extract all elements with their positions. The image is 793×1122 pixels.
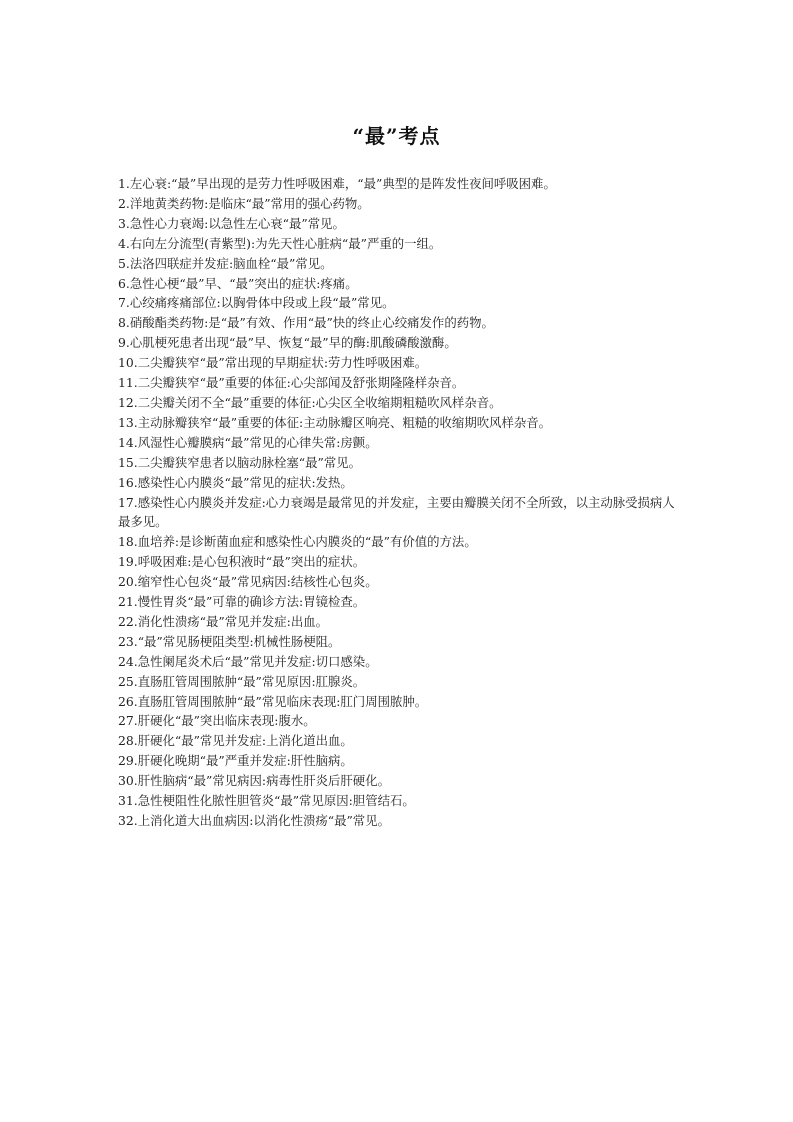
list-item: 27.肝硬化“最”突出临床表现:腹水。 xyxy=(118,711,678,731)
list-item: 20.缩窄性心包炎“最”常见病因:结核性心包炎。 xyxy=(118,572,678,592)
document-body: 1.左心衰:“最”早出现的是劳力性呼吸困难，“最”典型的是阵发性夜间呼吸困难。 … xyxy=(118,174,678,831)
list-item: 21.慢性胃炎“最”可靠的确诊方法:胃镜检查。 xyxy=(118,592,678,612)
list-item: 4.右向左分流型(青紫型):为先天性心脏病“最”严重的一组。 xyxy=(118,234,678,254)
list-item: 29.肝硬化晚期“最”严重并发症:肝性脑病。 xyxy=(118,751,678,771)
list-item: 30.肝性脑病“最”常见病因:病毒性肝炎后肝硬化。 xyxy=(118,771,678,791)
list-item: 19.呼吸困难:是心包积液时“最”突出的症状。 xyxy=(118,552,678,572)
list-item: 7.心绞痛疼痛部位:以胸骨体中段或上段“最”常见。 xyxy=(118,293,678,313)
list-item: 23.“最”常见肠梗阻类型:机械性肠梗阻。 xyxy=(118,632,678,652)
list-item: 32.上消化道大出血病因:以消化性溃疡“最”常见。 xyxy=(118,811,678,831)
list-item: 28.肝硬化“最”常见并发症:上消化道出血。 xyxy=(118,731,678,751)
list-item: 22.消化性溃疡“最”常见并发症:出血。 xyxy=(118,612,678,632)
list-item: 15.二尖瓣狭窄患者以脑动脉栓塞“最”常见。 xyxy=(118,453,678,473)
list-item: 26.直肠肛管周围脓肿“最”常见临床表现:肛门周围脓肿。 xyxy=(118,692,678,712)
list-item: 2.洋地黄类药物:是临床“最”常用的强心药物。 xyxy=(118,194,678,214)
list-item: 25.直肠肛管周围脓肿“最”常见原因:肛腺炎。 xyxy=(118,672,678,692)
list-item: 11.二尖瓣狭窄“最”重要的体征:心尖部闻及舒张期隆隆样杂音。 xyxy=(118,373,678,393)
list-item: 16.感染性心内膜炎“最”常见的症状:发热。 xyxy=(118,473,678,493)
list-item: 1.左心衰:“最”早出现的是劳力性呼吸困难，“最”典型的是阵发性夜间呼吸困难。 xyxy=(118,174,678,194)
list-item: 10.二尖瓣狭窄“最”常出现的早期症状:劳力性呼吸困难。 xyxy=(118,353,678,373)
list-item: 3.急性心力衰竭:以急性左心衰“最”常见。 xyxy=(118,214,678,234)
page-title: “最”考点 xyxy=(0,120,793,149)
list-item: 8.硝酸酯类药物:是“最”有效、作用“最”快的终止心绞痛发作的药物。 xyxy=(118,313,678,333)
list-item: 24.急性阑尾炎术后“最”常见并发症:切口感染。 xyxy=(118,652,678,672)
list-item: 13.主动脉瓣狭窄“最”重要的体征:主动脉瓣区响亮、粗糙的收缩期吹风样杂音。 xyxy=(118,413,678,433)
list-item: 14.风湿性心瓣膜病“最”常见的心律失常:房颤。 xyxy=(118,433,678,453)
list-item: 18.血培养:是诊断菌血症和感染性心内膜炎的“最”有价值的方法。 xyxy=(118,532,678,552)
list-item: 12.二尖瓣关闭不全“最”重要的体征:心尖区全收缩期粗糙吹风样杂音。 xyxy=(118,393,678,413)
list-item: 9.心肌梗死患者出现“最”早、恢复“最”早的酶:肌酸磷酸激酶。 xyxy=(118,333,678,353)
list-item: 31.急性梗阻性化脓性胆管炎“最”常见原因:胆管结石。 xyxy=(118,791,678,811)
document-page: “最”考点 1.左心衰:“最”早出现的是劳力性呼吸困难，“最”典型的是阵发性夜间… xyxy=(0,0,793,1122)
list-item: 17.感染性心内膜炎并发症:心力衰竭是最常见的并发症，主要由瓣膜关闭不全所致，以… xyxy=(118,493,678,533)
list-item: 5.法洛四联症并发症:脑血栓“最”常见。 xyxy=(118,254,678,274)
list-item: 6.急性心梗“最”早、“最”突出的症状:疼痛。 xyxy=(118,274,678,294)
